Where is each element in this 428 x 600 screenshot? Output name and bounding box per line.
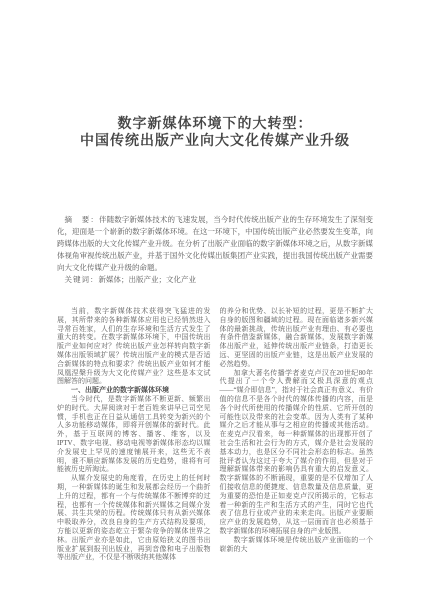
abstract-block: 摘 要：伴随数字新媒体技术的飞速发展，当今时代传统出版产业的生存环境发生了深刻变…: [57, 214, 373, 274]
keywords-text: 新媒体；出版产业；文化产业: [99, 275, 197, 284]
body-columns: 当前，数字新媒体技术获得突飞猛进的发展，其所带来的各种新媒体应用也已经悄然进入寻…: [57, 307, 373, 562]
paragraph: 加拿大著名传播学者麦克卢汉在20世纪80年代提出了一个令人费解而又极具深意的观点…: [220, 369, 374, 536]
body-column-left: 当前，数字新媒体技术获得突飞猛进的发展，其所带来的各种新媒体应用也已经悄然进入寻…: [57, 307, 211, 562]
abstract-label: 摘 要：: [65, 215, 99, 224]
paragraph: 数字新媒体环境是传统出版产业面临的一个崭新的大: [220, 536, 374, 554]
paper-title-line-2: 中国传统出版产业向大文化传媒产业升级: [57, 133, 373, 150]
section-heading: 一、出版产业的数字新媒体环境: [57, 386, 211, 395]
paragraph-continuation: 的养分和优势、以长补短的过程，更是不断扩大自身的版图和疆域的过程。现在面临诸多新…: [220, 307, 374, 369]
paper-page: 数字新媒体环境下的大转型： 中国传统出版产业向大文化传媒产业升级 摘 要：伴随数…: [0, 0, 428, 600]
keywords-label: 关键词：: [65, 275, 99, 284]
body-column-right: 的养分和优势、以长补短的过程，更是不断扩大自身的版图和疆域的过程。现在面临诸多新…: [220, 307, 374, 562]
paper-title: 数字新媒体环境下的大转型： 中国传统出版产业向大文化传媒产业升级: [57, 116, 373, 150]
paper-title-line-1: 数字新媒体环境下的大转型：: [57, 116, 373, 133]
keywords-block: 关键词：新媒体；出版产业；文化产业: [57, 274, 373, 286]
abstract-text: 伴随数字新媒体技术的飞速发展，当今时代传统出版产业的生存环境发生了深刻变化，迎面…: [57, 215, 373, 272]
paragraph: 当今时代，是数字新媒体不断更新、频繁出炉的时代。大屏阅读对于老百姓来讲早已司空见…: [57, 395, 211, 474]
paragraph: 当前，数字新媒体技术获得突飞猛进的发展，其所带来的各种新媒体应用也已经悄然进入寻…: [57, 307, 211, 386]
page-content: 数字新媒体环境下的大转型： 中国传统出版产业向大文化传媒产业升级 摘 要：伴随数…: [57, 0, 373, 562]
paragraph: 从媒介发展史的角度看，在历史上的任何时期，一种新媒体的诞生和发展都会经历一个曲折…: [57, 474, 211, 562]
